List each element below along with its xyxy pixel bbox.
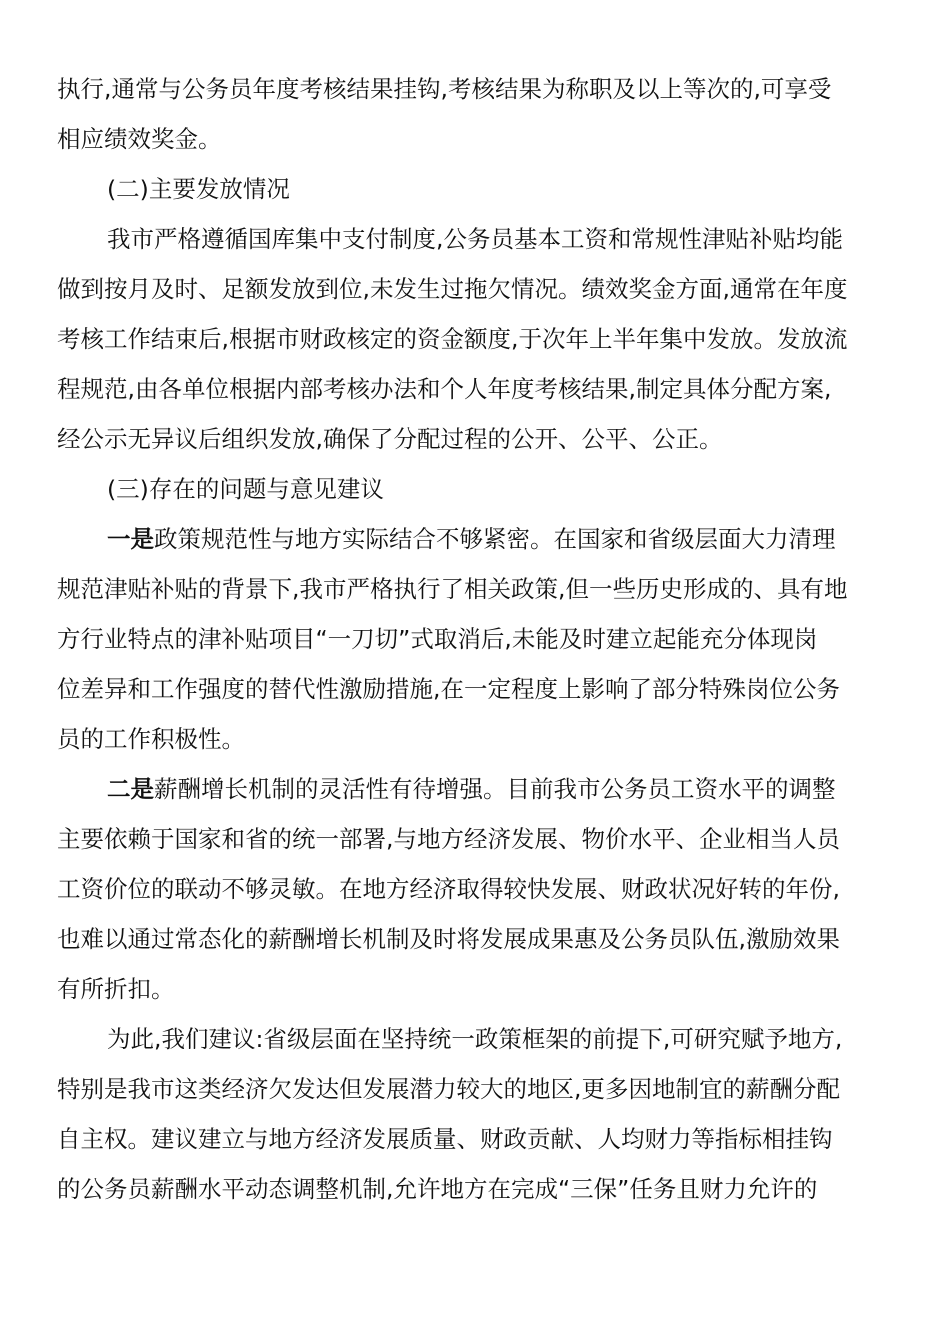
text-line: 为此,我们建议:省级层面在坚持统一政策框架的前提下,可研究赋予地方,: [57, 1014, 893, 1064]
text-line: 执行,通常与公务员年度考核结果挂钩,考核结果为称职及以上等次的,可享受: [57, 64, 893, 114]
section-heading-problems: (三)存在的问题与意见建议: [57, 464, 893, 514]
paragraph-recommendations: 为此,我们建议:省级层面在坚持统一政策框架的前提下,可研究赋予地方, 特别是我市…: [57, 1014, 893, 1214]
text-run: 薪酬增长机制的灵活性有待增强。目前我市公务员工资水平的调整: [154, 775, 836, 803]
document-page: 执行,通常与公务员年度考核结果挂钩,考核结果为称职及以上等次的,可享受 相应绩效…: [57, 64, 893, 1214]
lead-label: 一是: [107, 525, 154, 553]
text-line: 工资价位的联动不够灵敏。在地方经济取得较快发展、财政状况好转的年份,: [57, 864, 893, 914]
text-line: 主要依赖于国家和省的统一部署,与地方经济发展、物价水平、企业相当人员: [57, 814, 893, 864]
text-line: 考核工作结束后,根据市财政核定的资金额度,于次年上半年集中发放。发放流: [57, 314, 893, 364]
text-line: 程规范,由各单位根据内部考核办法和个人年度考核结果,制定具体分配方案,: [57, 364, 893, 414]
text-line: 特别是我市这类经济欠发达但发展潜力较大的地区,更多因地制宜的薪酬分配: [57, 1064, 893, 1114]
text-line: 我市严格遵循国库集中支付制度,公务员基本工资和常规性津贴补贴均能: [57, 214, 893, 264]
text-line: 相应绩效奖金。: [57, 114, 893, 164]
text-line: 经公示无异议后组织发放,确保了分配过程的公开、公平、公正。: [57, 414, 893, 464]
text-line: 方行业特点的津补贴项目“一刀切”式取消后,未能及时建立起能充分体现岗: [57, 614, 893, 664]
text-line: 一是政策规范性与地方实际结合不够紧密。在国家和省级层面大力清理: [57, 514, 893, 564]
paragraph-continued: 执行,通常与公务员年度考核结果挂钩,考核结果为称职及以上等次的,可享受 相应绩效…: [57, 64, 893, 164]
text-line: 位差异和工作强度的替代性激励措施,在一定程度上影响了部分特殊岗位公务: [57, 664, 893, 714]
text-line: 的公务员薪酬水平动态调整机制,允许地方在完成“三保”任务且财力允许的: [57, 1164, 893, 1214]
text-line: 也难以通过常态化的薪酬增长机制及时将发展成果惠及公务员队伍,激励效果: [57, 914, 893, 964]
section-heading: (三)存在的问题与意见建议: [57, 464, 893, 514]
lead-label: 二是: [107, 775, 154, 803]
text-line: 自主权。建议建立与地方经济发展质量、财政贡献、人均财力等指标相挂钩: [57, 1114, 893, 1164]
section-heading: (二)主要发放情况: [57, 164, 893, 214]
section-heading-distribution: (二)主要发放情况: [57, 164, 893, 214]
text-line: 规范津贴补贴的背景下,我市严格执行了相关政策,但一些历史形成的、具有地: [57, 564, 893, 614]
text-line: 有所折扣。: [57, 964, 893, 1014]
text-line: 二是薪酬增长机制的灵活性有待增强。目前我市公务员工资水平的调整: [57, 764, 893, 814]
text-line: 做到按月及时、足额发放到位,未发生过拖欠情况。绩效奖金方面,通常在年度: [57, 264, 893, 314]
text-run: 政策规范性与地方实际结合不够紧密。在国家和省级层面大力清理: [154, 525, 836, 553]
paragraph-distribution: 我市严格遵循国库集中支付制度,公务员基本工资和常规性津贴补贴均能 做到按月及时、…: [57, 214, 893, 464]
text-line: 员的工作积极性。: [57, 714, 893, 764]
paragraph-problem-one: 一是政策规范性与地方实际结合不够紧密。在国家和省级层面大力清理 规范津贴补贴的背…: [57, 514, 893, 764]
paragraph-problem-two: 二是薪酬增长机制的灵活性有待增强。目前我市公务员工资水平的调整 主要依赖于国家和…: [57, 764, 893, 1014]
